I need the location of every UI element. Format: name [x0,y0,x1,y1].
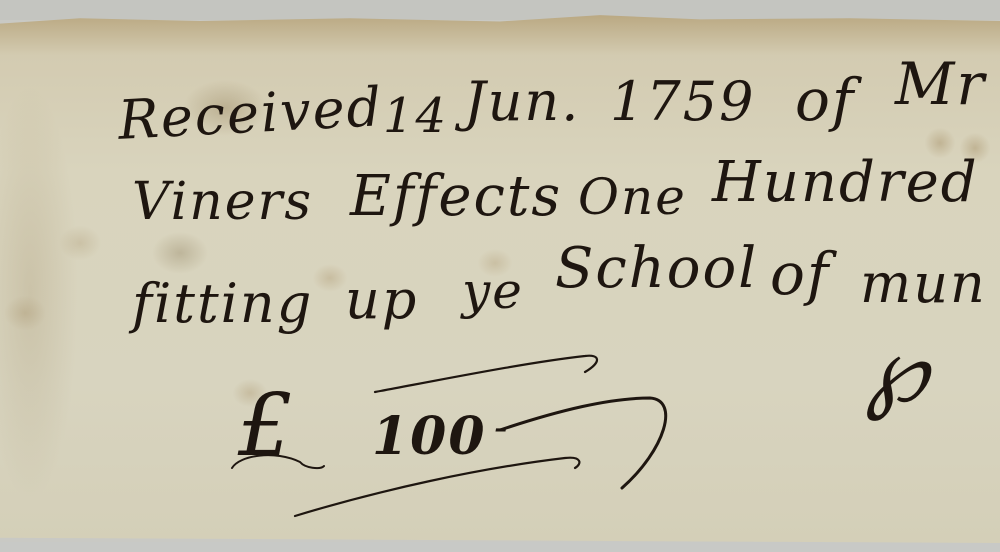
flourish-line-lower [295,458,579,516]
flourish-tail [500,398,666,488]
flourish-line-upper [375,356,597,392]
pen-flourishes [0,0,1000,552]
pound-loop [232,455,324,468]
